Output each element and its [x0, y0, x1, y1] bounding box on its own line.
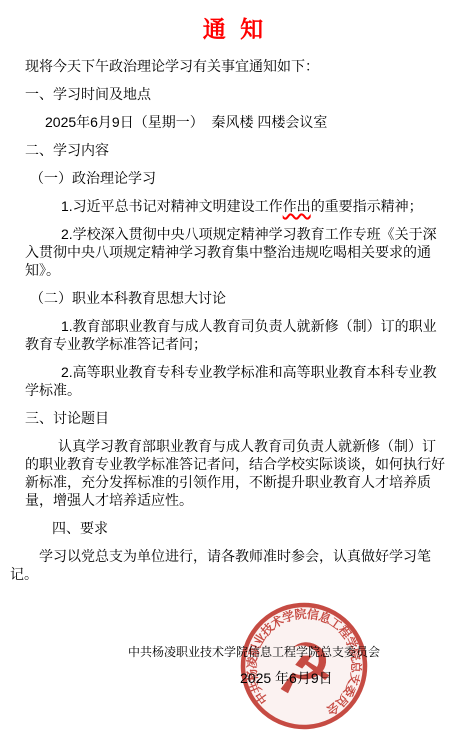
discussion-topic-paragraph: 认真学习教育部职业教育与成人教育司负责人就新修（制）订 的职业教育专业教学标准答… [25, 437, 445, 509]
notice-intro: 现将今天下午政治理论学习有关事宜通知如下： [25, 57, 445, 75]
section-2-heading: 二、学习内容 [25, 141, 445, 159]
study-item-1-text-post: 的重要指示精神； [311, 198, 423, 214]
study-item-2: 2.学校深入贯彻中央八项规定精神学习教育工作专班《关于深 入贯彻中央八项规定精神… [25, 225, 445, 279]
discussion-item-2: 2.高等职业教育专科专业教学标准和高等职业教育本科专业教 学标准。 [25, 363, 445, 399]
discussion-item-1: 1.教育部职业教育与成人教育司负责人就新修（制）订的职业 教育专业教学标准答记者… [25, 317, 445, 353]
notice-document-page: 通 知 现将今天下午政治理论学习有关事宜通知如下： 一、学习时间及地点 2025… [0, 0, 469, 734]
section-1-heading: 一、学习时间及地点 [25, 85, 445, 103]
section-3-heading: 三、讨论题目 [25, 409, 445, 427]
study-item-1-text-pre: 1.习近平总书记对精神文明建设工作 [61, 198, 283, 214]
requirements-paragraph: 学习以党总支为单位进行，请各教师准时参会，认真做好学习笔 记。 [10, 547, 445, 583]
spellcheck-underlined-word: 作出 [283, 198, 311, 214]
hammer-sickle-icon: ☭ [271, 629, 337, 709]
notice-title: 通 知 [25, 14, 445, 44]
section-4-heading: 四、要求 [25, 519, 445, 537]
study-item-1: 1.习近平总书记对精神文明建设工作作出的重要指示精神； [25, 197, 445, 215]
official-seal: 中共杨凌职业技术学院信息工程学院总支委员会 ☭ [234, 596, 375, 734]
notice-body: 通 知 现将今天下午政治理论学习有关事宜通知如下： 一、学习时间及地点 2025… [0, 0, 469, 583]
meeting-datetime-location: 2025年6月9日（星期一） 秦风楼 四楼会议室 [25, 113, 445, 131]
subsection-2-heading: （二）职业本科教育思想大讨论 [25, 289, 445, 307]
subsection-1-heading: （一）政治理论学习 [25, 169, 445, 187]
